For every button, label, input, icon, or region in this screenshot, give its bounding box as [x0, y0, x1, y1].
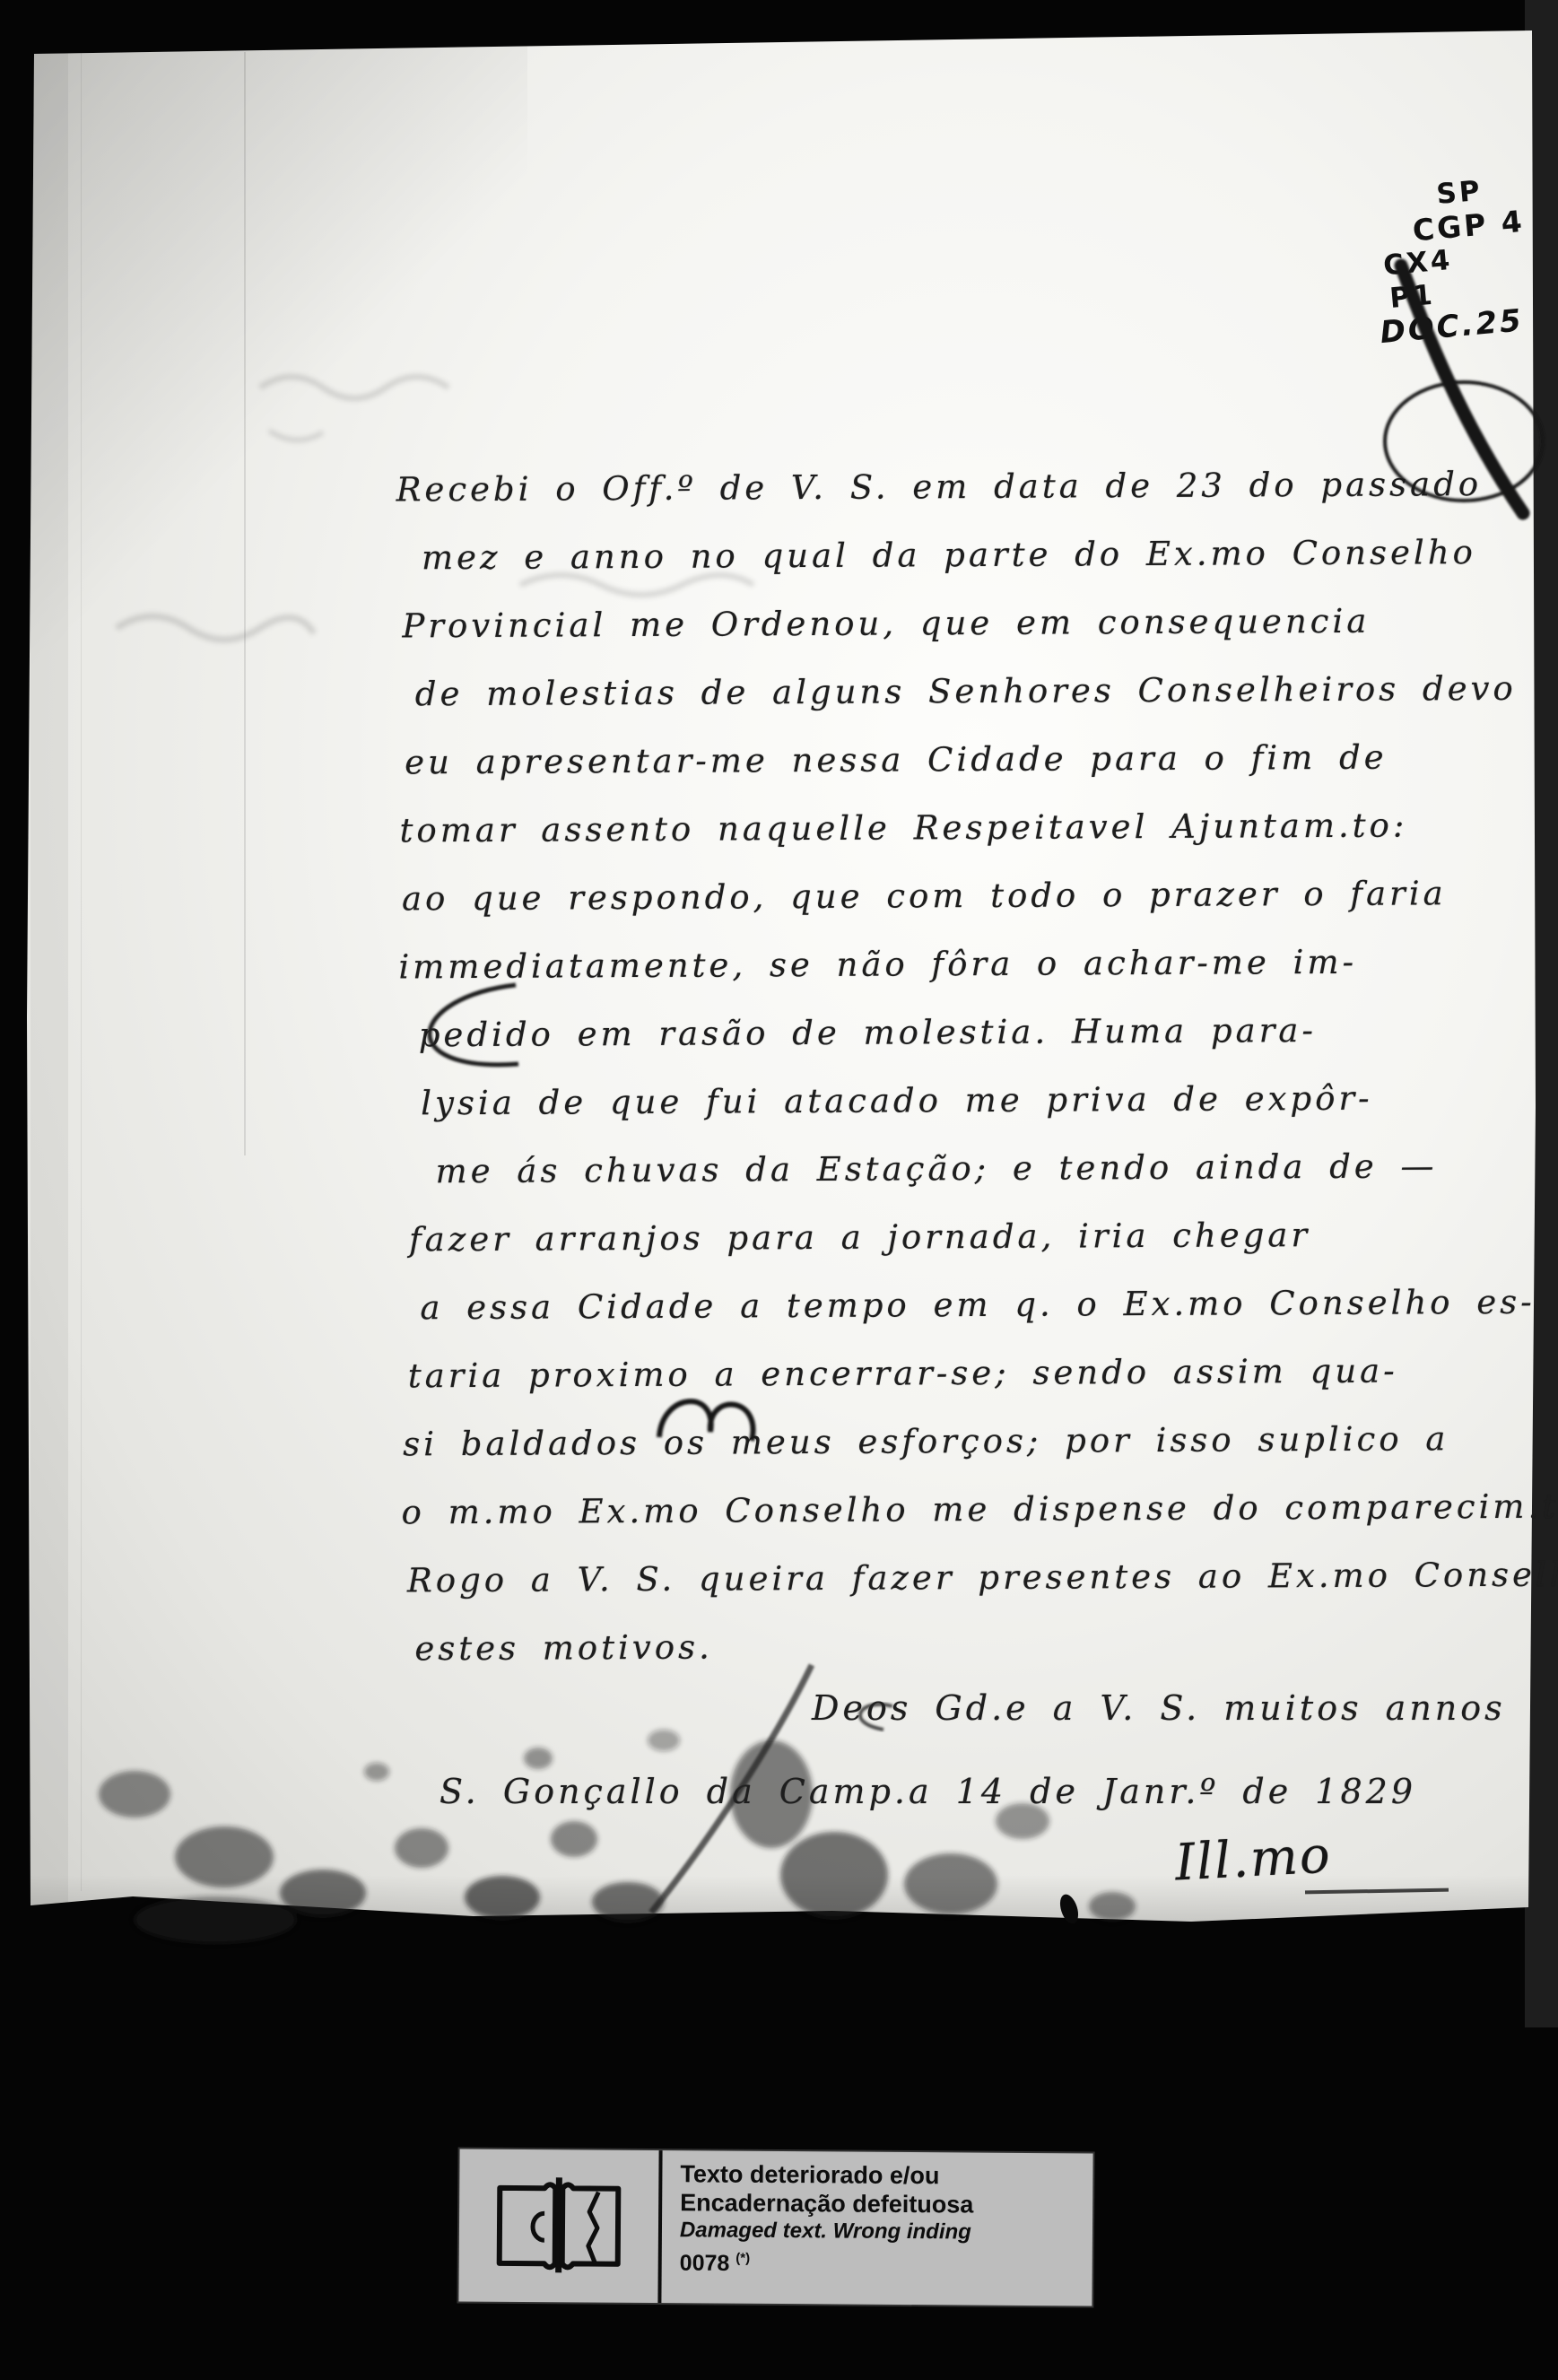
manuscript-line: lysia de que fui atacado me priva de exp…: [421, 1064, 1558, 1138]
label-line-portuguese-2: Encadernação defeituosa: [680, 2188, 1092, 2219]
label-number-note: (*): [735, 2251, 750, 2266]
label-line-portuguese-1: Texto deteriorado e/ou: [680, 2159, 1092, 2191]
paper-fold-line: [244, 52, 246, 1155]
manuscript-line: estes motivos.: [414, 1609, 1558, 1684]
label-line-english: Damaged text. Wrong inding: [680, 2217, 1092, 2246]
damaged-book-icon: [487, 2168, 631, 2284]
manuscript-dateline: S. Gonçallo da Camp.a 14 de Janr.º de 18…: [440, 1772, 1416, 1811]
manuscript-line: de molestias de alguns Senhores Conselhe…: [415, 655, 1558, 729]
manuscript-line: Provincial me Ordenou, que em consequenc…: [402, 587, 1558, 661]
manuscript-salutation-flourish: Ill.mo: [1173, 1826, 1333, 1892]
archival-condition-label: Texto deteriorado e/ou Encadernação defe…: [458, 2149, 1092, 2306]
scanned-document-page: SPCGP 4CX4P1DOC.25 Recebi o Off.º de V. …: [0, 0, 1558, 2380]
manuscript-line: o m.mo Ex.mo Conselho me dispense do com…: [401, 1473, 1558, 1547]
paper-fold-line-faint: [81, 52, 82, 1891]
manuscript-line: tomar assento naquelle Respeitavel Ajunt…: [399, 791, 1558, 866]
manuscript-body-text: Recebi o Off.º de V. S. em data de 23 do…: [396, 450, 1558, 1684]
label-number: 0078 (*): [680, 2244, 1092, 2280]
manuscript-line: pedido em rasão de molestia. Huma para-: [419, 996, 1558, 1070]
paper-left-band: [30, 48, 68, 1905]
manuscript-line: mez e anno no qual da parte do Ex.mo Con…: [422, 519, 1558, 593]
manuscript-line: ao que respondo, que com todo o prazer o…: [402, 859, 1558, 934]
manuscript-line: taria proximo a encerrar-se; sendo assim…: [408, 1337, 1558, 1411]
manuscript-line: eu apresentar-me nessa Cidade para o fim…: [405, 723, 1558, 798]
manuscript-line: fazer arranjos para a jornada, iria cheg…: [409, 1200, 1558, 1275]
manuscript-line: me ás chuvas da Estação; e tendo ainda d…: [435, 1132, 1558, 1207]
label-number-value: 0078: [680, 2251, 730, 2276]
manuscript-line: a essa Cidade a tempo em q. o Ex.mo Cons…: [420, 1268, 1558, 1343]
manuscript-valediction: Deos Gd.e a V. S. muitos annos: [812, 1688, 1506, 1728]
manuscript-line: Rogo a V. S. queira fazer presentes ao E…: [407, 1541, 1558, 1616]
manuscript-line: si baldados os meus esforços; por isso s…: [403, 1405, 1558, 1479]
label-icon-box: [458, 2149, 662, 2304]
archive-reference-mark: SPCGP 4CX4P1DOC.25: [1374, 169, 1558, 350]
label-text-box: Texto deteriorado e/ou Encadernação defe…: [661, 2150, 1092, 2306]
manuscript-line: immediatamente, se não fôra o achar-me i…: [398, 928, 1558, 1002]
manuscript-line: Recebi o Off.º de V. S. em data de 23 do…: [396, 450, 1558, 525]
